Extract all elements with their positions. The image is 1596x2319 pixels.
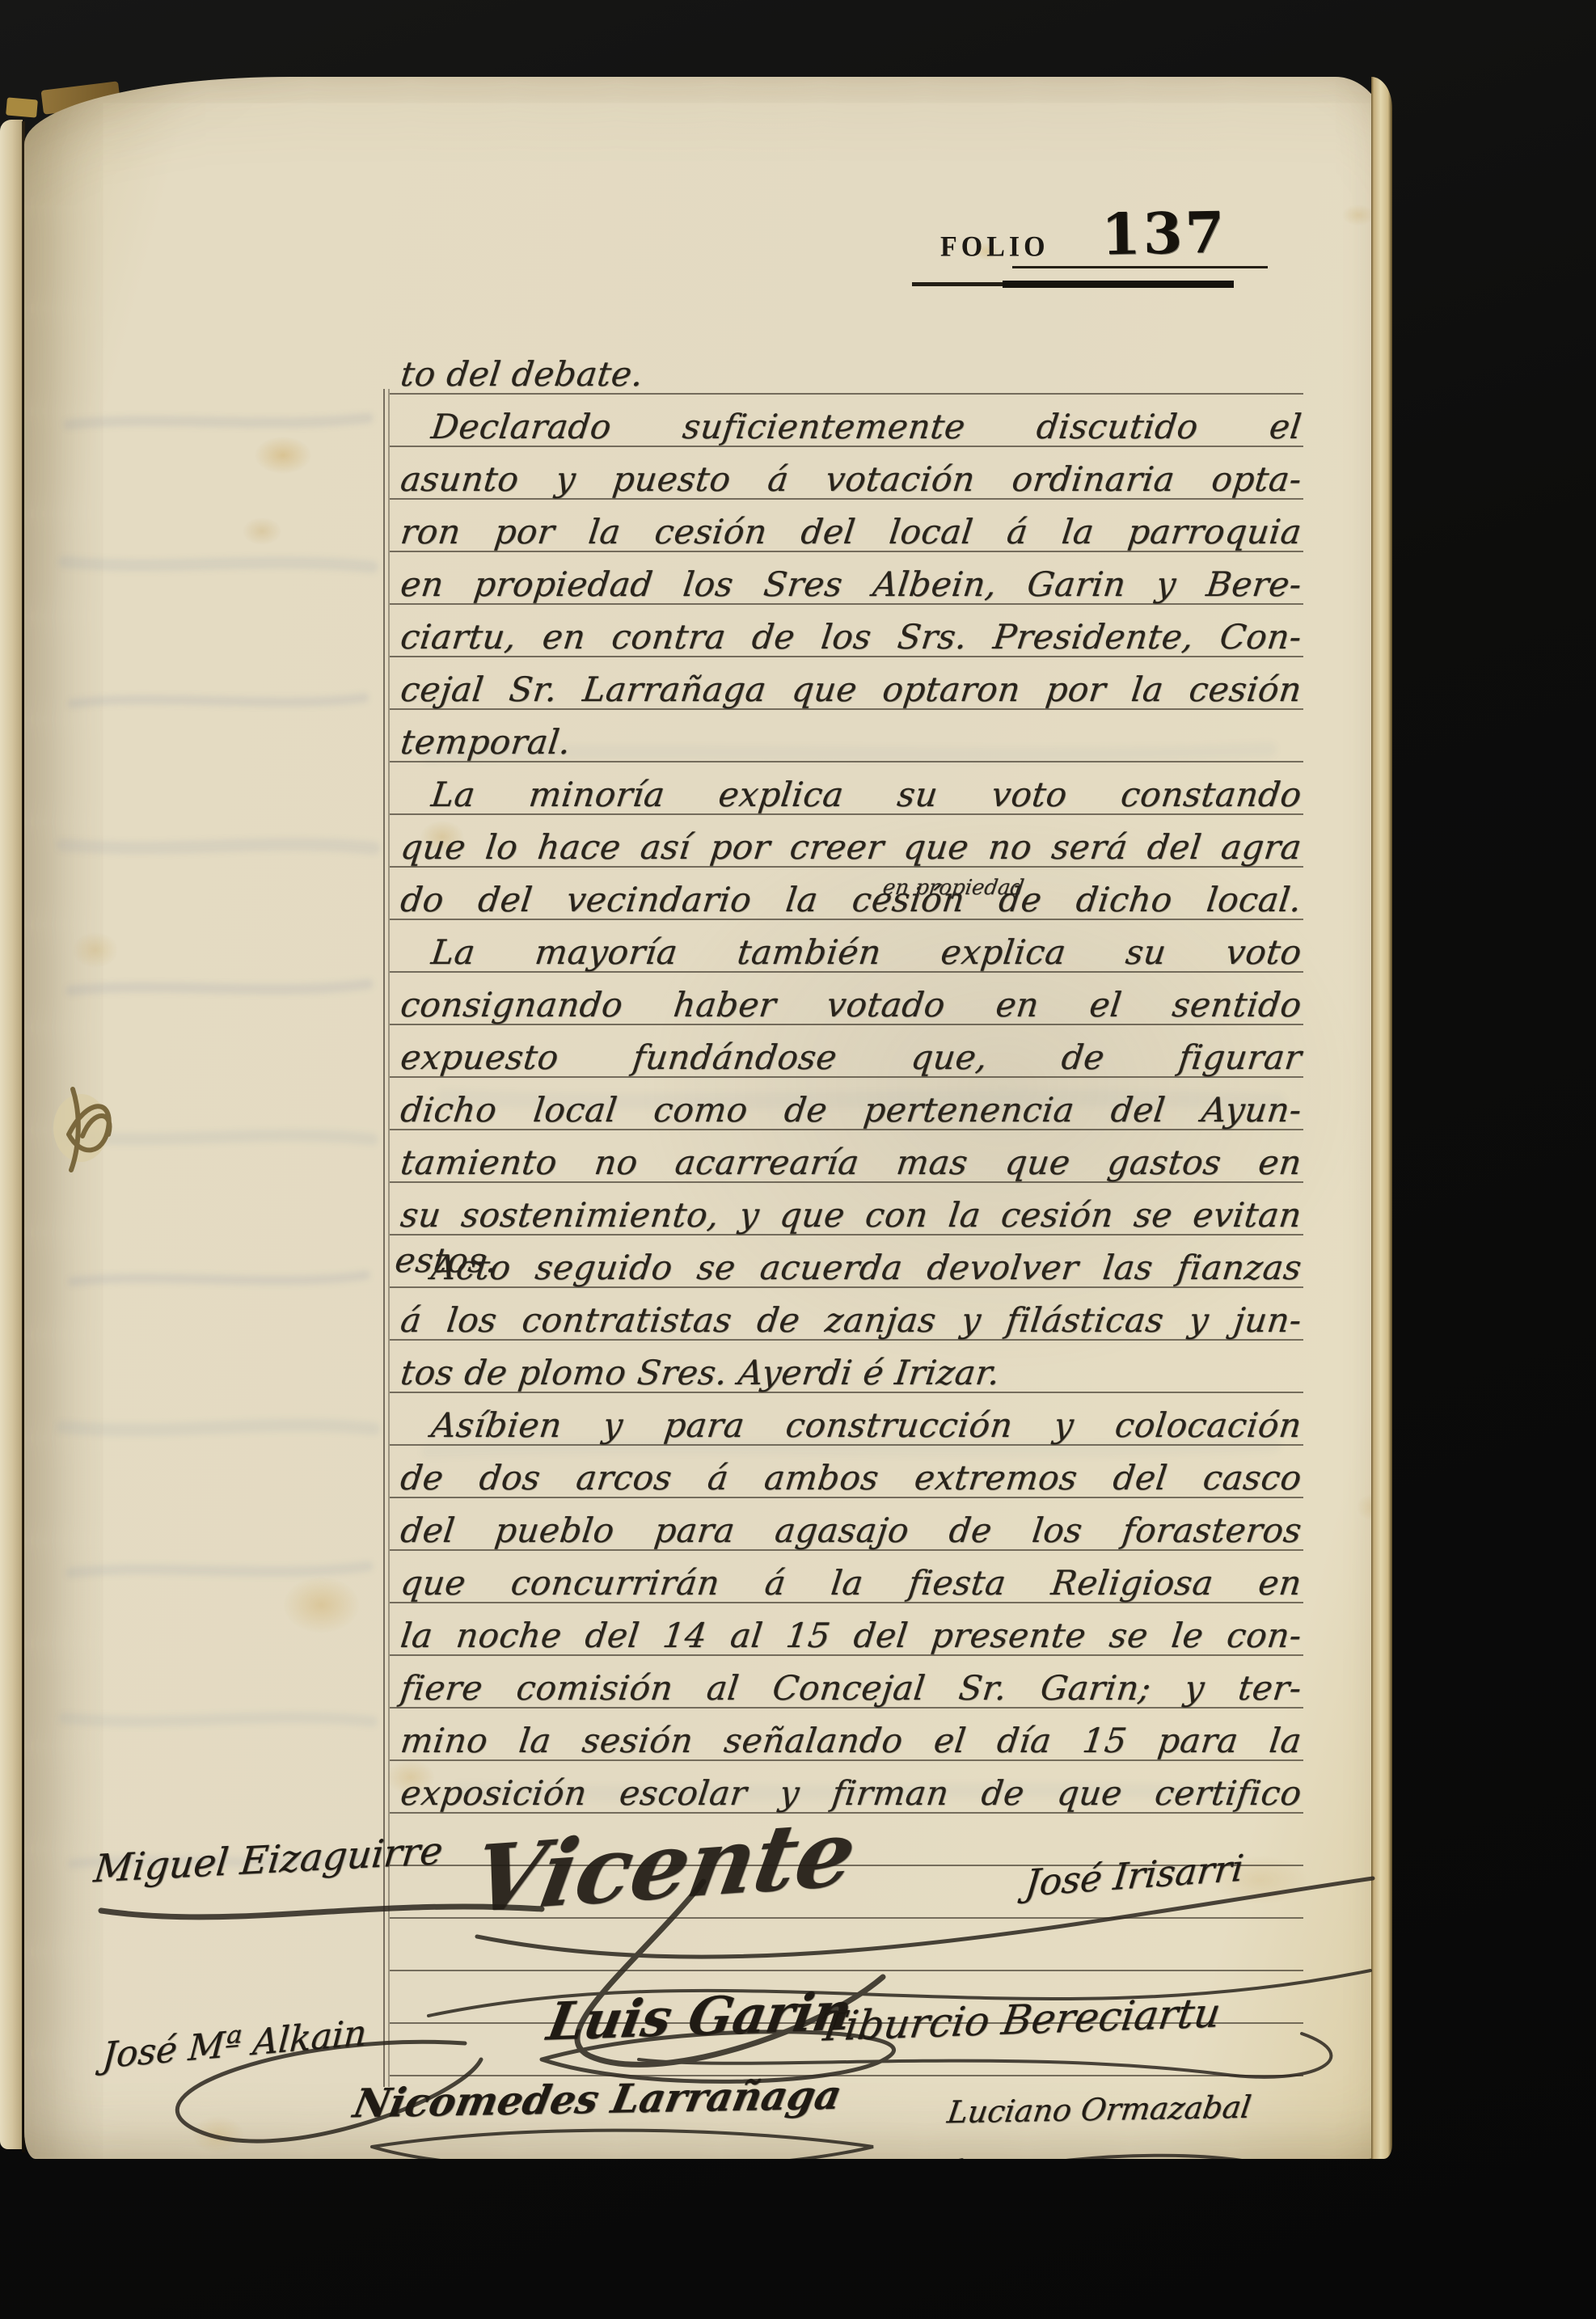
manuscript-line: expuesto fundándose que, de figurar <box>398 1035 1304 1082</box>
manuscript-line: to del debate. <box>398 352 1304 399</box>
page-edge-strip <box>1371 77 1392 2159</box>
signature-luciano-ormazabal: Luciano Ormazabal <box>945 2089 1253 2131</box>
manuscript-line: de dos arcos á ambos extremos del casco <box>398 1455 1304 1502</box>
interlinear-correction: en propiedad <box>881 876 1025 900</box>
manuscript-line: la noche del 14 al 15 del presente se le… <box>398 1613 1304 1660</box>
manuscript-page: FOLIO 137 to del debate. Declarado sufic… <box>24 77 1392 2159</box>
manuscript-line: La minoría explica su voto constando <box>398 772 1304 819</box>
facing-page-strip <box>0 120 23 2149</box>
manuscript-line: Acto seguido se acuerda devolver las fia… <box>398 1245 1304 1292</box>
manuscript-line: su sostenimiento, y que con la cesión se… <box>398 1193 1304 1240</box>
folio-rule <box>1003 281 1234 288</box>
signature-tiburcio-bereciartu: Tiburcio Bereciartu <box>815 1989 1223 2051</box>
signature-luis-garin: Luis Garin <box>543 1981 856 2053</box>
folio-label: FOLIO <box>940 231 1049 264</box>
manuscript-line: Asíbien y para construcción y colocación <box>398 1403 1304 1450</box>
manuscript-line: do del vecindario la cesión de dicho loc… <box>398 877 1304 924</box>
signature-jose-maria-alkain: José Mª Alkain <box>101 2012 368 2076</box>
signature-jose-irisarri: José Irisarri <box>1024 1846 1246 1904</box>
manuscript-line: temporal. <box>398 720 1304 767</box>
manuscript-line: cejal Sr. Larrañaga que optaron por la c… <box>398 667 1304 714</box>
scanned-book-photo: FOLIO 137 to del debate. Declarado sufic… <box>0 0 1596 2319</box>
manuscript-line: tos de plomo Sres. Ayerdi é Irizar. <box>398 1350 1304 1397</box>
manuscript-line: La mayoría también explica su voto <box>398 930 1304 977</box>
manuscript-line: tamiento no acarrearía mas que gastos en <box>398 1140 1304 1187</box>
signature-nicomedes-larranaga: Nicomedes Larrañaga <box>349 2072 845 2127</box>
manuscript-line: Declarado suficientemente discutido el <box>398 404 1304 451</box>
signature-miguel-eizaguirre: Miguel Eizaguirre <box>91 1829 445 1892</box>
manuscript-line: fiere comisión al Concejal Sr. Garin; y … <box>398 1666 1304 1713</box>
manuscript-line: mino la sesión señalando el día 15 para … <box>398 1718 1304 1765</box>
manuscript-line: consignando haber votado en el sentido <box>398 982 1304 1029</box>
manuscript-line: dicho local como de pertenencia del Ayun… <box>398 1088 1304 1134</box>
manuscript-line: asunto y puesto á votación ordinaria opt… <box>398 457 1304 504</box>
manuscript-line: del pueblo para agasajo de los forastero… <box>398 1508 1304 1555</box>
folio-number: 137 <box>1100 199 1227 268</box>
manuscript-line: ron por la cesión del local á la parroqu… <box>398 509 1304 556</box>
manuscript-line: en propiedad los Sres Albein, Garin y Be… <box>398 562 1304 609</box>
signature-rubric-vicente: Vicente <box>465 1800 864 1934</box>
manuscript-line: que lo hace así por creer que no será de… <box>398 825 1304 872</box>
spine-fragment <box>6 97 38 117</box>
manuscript-line: á los contratistas de zanjas y filástica… <box>398 1298 1304 1345</box>
manuscript-line: ciartu, en contra de los Srs. Presidente… <box>398 615 1304 661</box>
manuscript-line: que concurrirán á la fiesta Religiosa en <box>398 1561 1304 1607</box>
folio-rule <box>912 282 1009 286</box>
folio-underline <box>1012 266 1268 268</box>
